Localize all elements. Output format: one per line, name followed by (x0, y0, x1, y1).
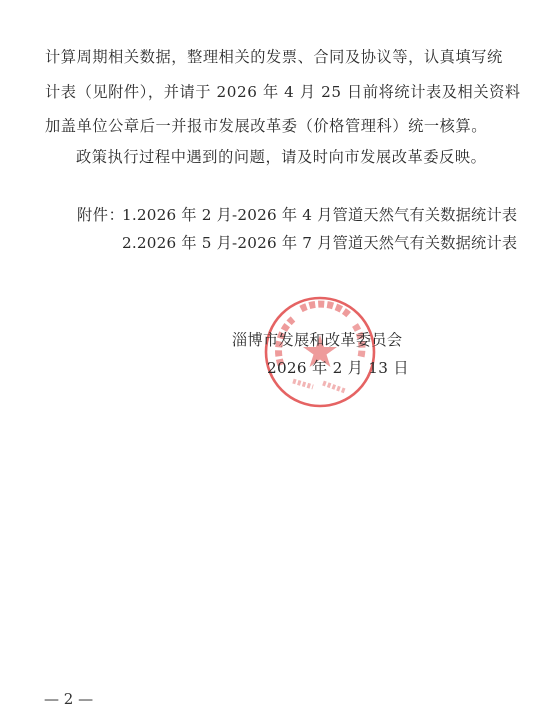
page-number: — 2 — (44, 690, 93, 708)
issuing-organization: 淄博市发展和改革委员会 (232, 330, 402, 350)
paragraph-line-3: 加盖单位公章后一并报市发展改革委（价格管理科）统一核算。 (45, 116, 487, 136)
attachment-item-1: 1.2026 年 2 月-2026 年 4 月管道天然气有关数据统计表 (122, 205, 517, 225)
paragraph-line-1: 计算周期相关数据，整理相关的发票、合同及协议等，认真填写统 (45, 47, 503, 67)
paragraph-line-4: 政策执行过程中遇到的问题，请及时向市发展改革委反映。 (76, 147, 486, 167)
attachments-label: 附件： (77, 205, 124, 225)
issue-date: 2026 年 2 月 13 日 (267, 358, 409, 378)
paragraph-line-2: 计表（见附件），并请于 2026 年 4 月 25 日前将统计表及相关资料 (45, 82, 521, 102)
official-seal-icon (263, 295, 377, 409)
attachment-item-2: 2.2026 年 5 月-2026 年 7 月管道天然气有关数据统计表 (122, 233, 517, 253)
